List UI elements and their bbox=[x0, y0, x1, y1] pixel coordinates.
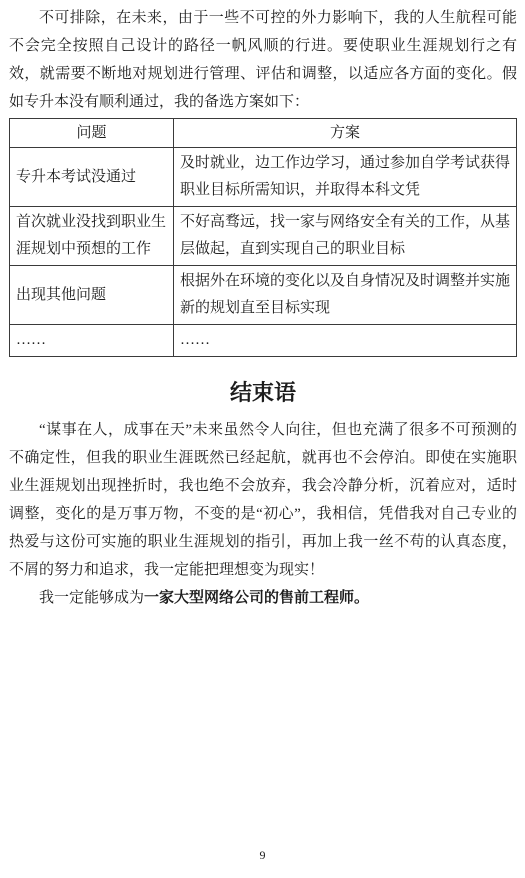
document-page: 不可排除，在未来，由于一些不可控的外力影响下，我的人生航程可能不会完全按照自己设… bbox=[0, 0, 525, 878]
page-number: 9 bbox=[0, 848, 525, 863]
solution-cell: …… bbox=[174, 325, 517, 357]
solution-cell: 根据外在环境的变化以及自身情况及时调整并实施新的规划直至目标实现 bbox=[174, 266, 517, 325]
table-header-solution: 方案 bbox=[174, 119, 517, 148]
intro-paragraph: 不可排除，在未来，由于一些不可控的外力影响下，我的人生航程可能不会完全按照自己设… bbox=[9, 4, 517, 116]
final-statement: 我一定能够成为一家大型网络公司的售前工程师。 bbox=[9, 584, 517, 612]
problem-cell: 出现其他问题 bbox=[10, 266, 174, 325]
final-statement-lead: 我一定能够成为 bbox=[39, 590, 144, 606]
table-row: 首次就业没找到职业生涯规划中预想的工作 不好高骛远，找一家与网络安全有关的工作，… bbox=[10, 207, 517, 266]
conclusion-heading: 结束语 bbox=[9, 378, 517, 408]
table-header-problem: 问题 bbox=[10, 119, 174, 148]
problem-cell: 首次就业没找到职业生涯规划中预想的工作 bbox=[10, 207, 174, 266]
table-row: …… …… bbox=[10, 325, 517, 357]
table-row: 出现其他问题 根据外在环境的变化以及自身情况及时调整并实施新的规划直至目标实现 bbox=[10, 266, 517, 325]
problem-cell: 专升本考试没通过 bbox=[10, 148, 174, 207]
problem-cell: …… bbox=[10, 325, 174, 357]
table-row: 专升本考试没通过 及时就业，边工作边学习，通过参加自学考试获得职业目标所需知识，… bbox=[10, 148, 517, 207]
conclusion-paragraph: “谋事在人，成事在天”未来虽然令人向往，但也充满了很多不可预测的不确定性，但我的… bbox=[9, 416, 517, 584]
solution-cell: 及时就业，边工作边学习，通过参加自学考试获得职业目标所需知识，并取得本科文凭 bbox=[174, 148, 517, 207]
final-goal: 一家大型网络公司的售前工程师。 bbox=[144, 590, 369, 606]
backup-plan-table: 问题 方案 专升本考试没通过 及时就业，边工作边学习，通过参加自学考试获得职业目… bbox=[9, 118, 517, 357]
table-header-row: 问题 方案 bbox=[10, 119, 517, 148]
solution-cell: 不好高骛远，找一家与网络安全有关的工作，从基层做起，直到实现自己的职业目标 bbox=[174, 207, 517, 266]
